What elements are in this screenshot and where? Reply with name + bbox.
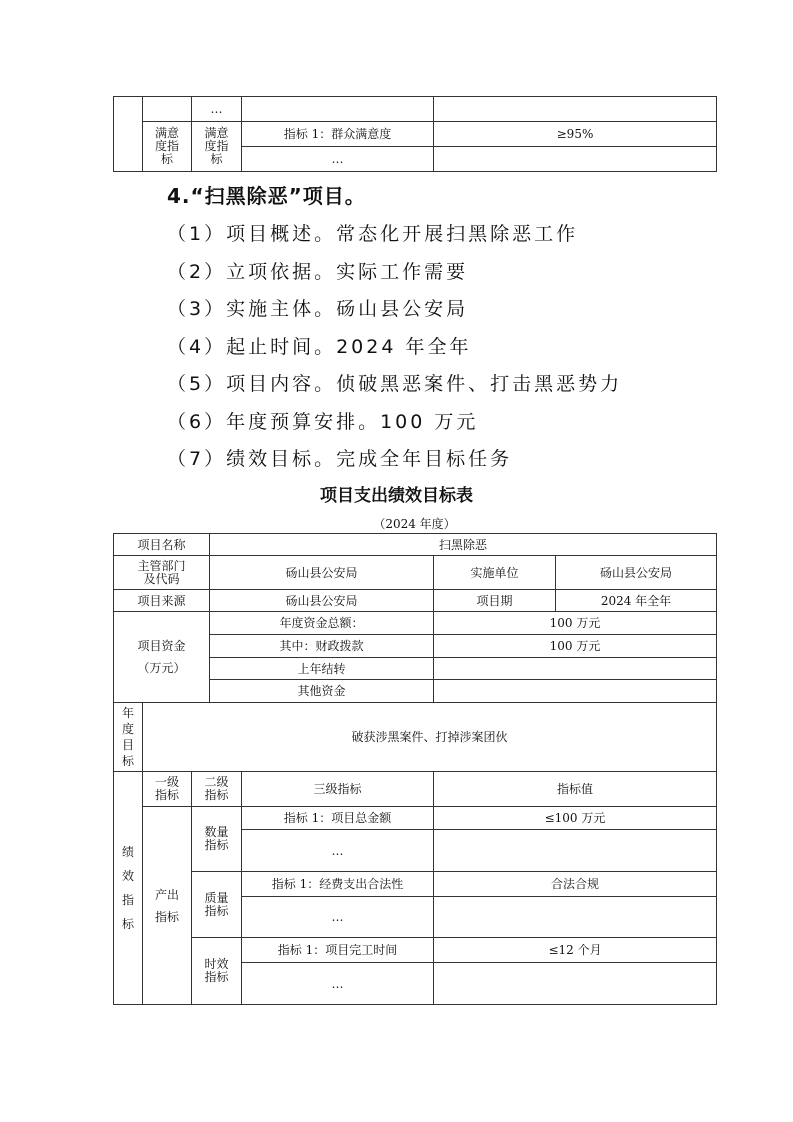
perf-indicator-label: 绩效指标 bbox=[114, 772, 143, 1005]
funds-total-label: 年度资金总额： bbox=[210, 612, 434, 635]
project-name-value: 扫黑除恶 bbox=[210, 534, 717, 556]
funds-fiscal-label: 其中：财政拨款 bbox=[210, 635, 434, 658]
funds-fiscal-value: 100 万元 bbox=[434, 635, 717, 658]
timeliness-indicator-label: 时效指标 bbox=[192, 938, 242, 1005]
satisfaction-more: … bbox=[242, 147, 434, 172]
satisfaction-more-value bbox=[434, 147, 717, 172]
section-item-7: （7）绩效目标。完成全年目标任务 bbox=[167, 444, 512, 471]
section-item-3: （3）实施主体。砀山县公安局 bbox=[167, 294, 468, 321]
table-subtitle: （2024 年度） bbox=[0, 515, 793, 532]
funds-other-label: 其他资金 bbox=[210, 680, 434, 703]
indicator-value: ≤100 万元 bbox=[434, 807, 717, 830]
impl-unit-label: 实施单位 bbox=[434, 556, 556, 590]
level1-cell bbox=[143, 97, 192, 122]
funds-unit-text: （万元） bbox=[114, 657, 209, 679]
funds-label-text: 项目资金 bbox=[114, 635, 209, 657]
funds-other-value bbox=[434, 680, 717, 703]
period-value: 2024 年全年 bbox=[556, 590, 717, 612]
source-label: 项目来源 bbox=[114, 590, 210, 612]
value-cell bbox=[434, 97, 717, 122]
header-value: 指标值 bbox=[434, 772, 717, 807]
annual-target-label: 年度目标 bbox=[114, 703, 143, 772]
header-level2: 二级指标 bbox=[192, 772, 242, 807]
funds-total-value: 100 万元 bbox=[434, 612, 717, 635]
section-item-5: （5）项目内容。侦破黑恶案件、打击黑恶势力 bbox=[167, 369, 622, 396]
header-level3: 三级指标 bbox=[242, 772, 434, 807]
dept-value: 砀山县公安局 bbox=[210, 556, 434, 590]
satisfaction-level2: 满意度指标 bbox=[192, 122, 242, 172]
indicator-value bbox=[434, 897, 717, 938]
satisfaction-table-continuation: … 满意度指标 满意度指标 指标 1：群众满意度 ≥95% … bbox=[113, 96, 717, 172]
section-item-1: （1）项目概述。常态化开展扫黑除恶工作 bbox=[167, 219, 578, 246]
annual-target-value: 破获涉黑案件、打掉涉案团伙 bbox=[143, 703, 717, 772]
indicator-row: 指标 1：项目总金额 bbox=[242, 807, 434, 830]
indicator-row: 指标 1：经费支出合法性 bbox=[242, 872, 434, 897]
performance-table: 年度目标 破获涉黑案件、打掉涉案团伙 绩效指标 一级指标 二级指标 三级指标 指… bbox=[113, 702, 717, 1005]
header-level1: 一级指标 bbox=[143, 772, 192, 807]
indicator-cell bbox=[242, 97, 434, 122]
quantity-indicator-label: 数量指标 bbox=[192, 807, 242, 872]
section-item-4: （4）起止时间。2024 年全年 bbox=[167, 332, 471, 359]
ellipsis-cell: … bbox=[192, 97, 242, 122]
indicator-value bbox=[434, 830, 717, 872]
satisfaction-indicator: 指标 1：群众满意度 bbox=[242, 122, 434, 147]
satisfaction-value: ≥95% bbox=[434, 122, 717, 147]
indicator-row: … bbox=[242, 897, 434, 938]
indicator-value: ≤12 个月 bbox=[434, 938, 717, 963]
project-name-label: 项目名称 bbox=[114, 534, 210, 556]
indicator-row: … bbox=[242, 830, 434, 872]
indicator-row: … bbox=[242, 963, 434, 1005]
section-item-2: （2）立项依据。实际工作需要 bbox=[167, 257, 468, 284]
indicator-row: 指标 1：项目完工时间 bbox=[242, 938, 434, 963]
funds-label: 项目资金 （万元） bbox=[114, 612, 210, 703]
dept-label: 主管部门及代码 bbox=[114, 556, 210, 590]
funds-carryover-value bbox=[434, 658, 717, 680]
source-value: 砀山县公安局 bbox=[210, 590, 434, 612]
project-info-table: 项目名称 扫黑除恶 主管部门及代码 砀山县公安局 实施单位 砀山县公安局 项目来… bbox=[113, 533, 717, 703]
section-heading: 4.“扫黑除恶”项目。 bbox=[167, 180, 366, 209]
funds-carryover-label: 上年结转 bbox=[210, 658, 434, 680]
satisfaction-level1: 满意度指标 bbox=[143, 122, 192, 172]
section-item-6: （6）年度预算安排。100 万元 bbox=[167, 407, 478, 434]
indicator-value bbox=[434, 963, 717, 1005]
indicator-value: 合法合规 bbox=[434, 872, 717, 897]
impl-unit-value: 砀山县公安局 bbox=[556, 556, 717, 590]
quality-indicator-label: 质量指标 bbox=[192, 872, 242, 938]
perf-label-cell bbox=[114, 97, 143, 172]
output-indicator-label: 产出指标 bbox=[143, 807, 192, 1005]
period-label: 项目期 bbox=[434, 590, 556, 612]
table-title: 项目支出绩效目标表 bbox=[0, 481, 793, 506]
